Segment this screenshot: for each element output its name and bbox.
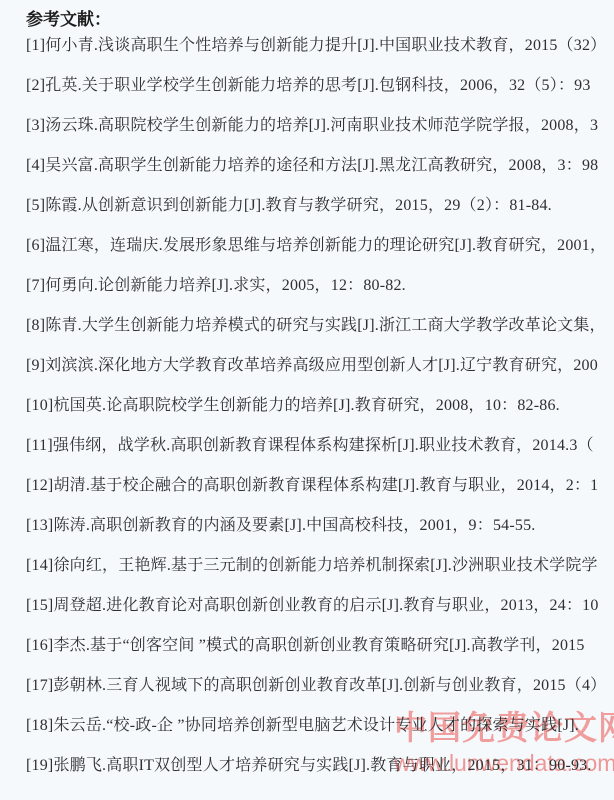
reference-item: [18]朱云岳.“校-政-企 ”协同培养创新型电脑艺术设计专业人才的探索与实践[… (26, 706, 614, 746)
reference-item: [13]陈涛.高职创新教育的内涵及要素[J].中国高校科技，2001，9：54-… (26, 506, 614, 546)
reference-item: [19]张鹏飞.高职IT双创型人才培养研究与实践[J].教育与职业，2015，3… (26, 746, 614, 786)
document-page: 中国免费论文网 www.lunwendata.com 参考文献： [1]何小青.… (0, 0, 614, 800)
references-heading: 参考文献： (26, 5, 111, 30)
reference-item: [17]彭朝林.三育人视域下的高职创新创业教育改革[J].创新与创业教育，201… (26, 666, 614, 706)
reference-item: [2]孔英.关于职业学校学生创新能力培养的思考[J].包钢科技，2006，32（… (26, 66, 614, 106)
reference-item: [12]胡清.基于校企融合的高职创新教育课程体系构建[J].教育与职业，2014… (26, 466, 614, 506)
reference-item: [5]陈霞.从创新意识到创新能力[J].教育与教学研究，2015，29（2）：8… (26, 186, 614, 226)
reference-item: [6]温江寒，连瑞庆.发展形象思维与培养创新能力的理论研究[J].教育研究，20… (26, 226, 614, 266)
reference-item: [15]周登超.进化教育论对高职创新创业教育的启示[J].教育与职业，2013，… (26, 586, 614, 626)
reference-item: [9]刘滨滨.深化地方大学教育改革培养高级应用型创新人才[J].辽宁教育研究，2… (26, 346, 614, 386)
reference-item: [11]强伟纲，战学秋.高职创新教育课程体系构建探析[J].职业技术教育，201… (26, 426, 614, 466)
reference-list: [1]何小青.浅谈高职生个性培养与创新能力提升[J].中国职业技术教育，2015… (26, 26, 614, 786)
reference-item: [7]何勇向.论创新能力培养[J].求实，2005，12：80-82. (26, 266, 614, 306)
reference-item: [16]李杰.基于“创客空间 ”模式的高职创新创业教育策略研究[J].高教学刊，… (26, 626, 614, 666)
reference-item: [14]徐向红，王艳辉.基于三元制的创新能力培养机制探索[J].沙洲职业技术学院… (26, 546, 614, 586)
reference-item: [3]汤云珠.高职院校学生创新能力的培养[J].河南职业技术师范学院学报，200… (26, 106, 614, 146)
reference-item: [4]吴兴富.高职学生创新能力培养的途径和方法[J].黑龙江高教研究，2008，… (26, 146, 614, 186)
reference-item: [8]陈青.大学生创新能力培养模式的研究与实践[J].浙江工商大学教学改革论文集… (26, 306, 614, 346)
reference-item: [10]杭国英.论高职院校学生创新能力的培养[J].教育研究，2008，10：8… (26, 386, 614, 426)
reference-item: [1]何小青.浅谈高职生个性培养与创新能力提升[J].中国职业技术教育，2015… (26, 26, 614, 66)
